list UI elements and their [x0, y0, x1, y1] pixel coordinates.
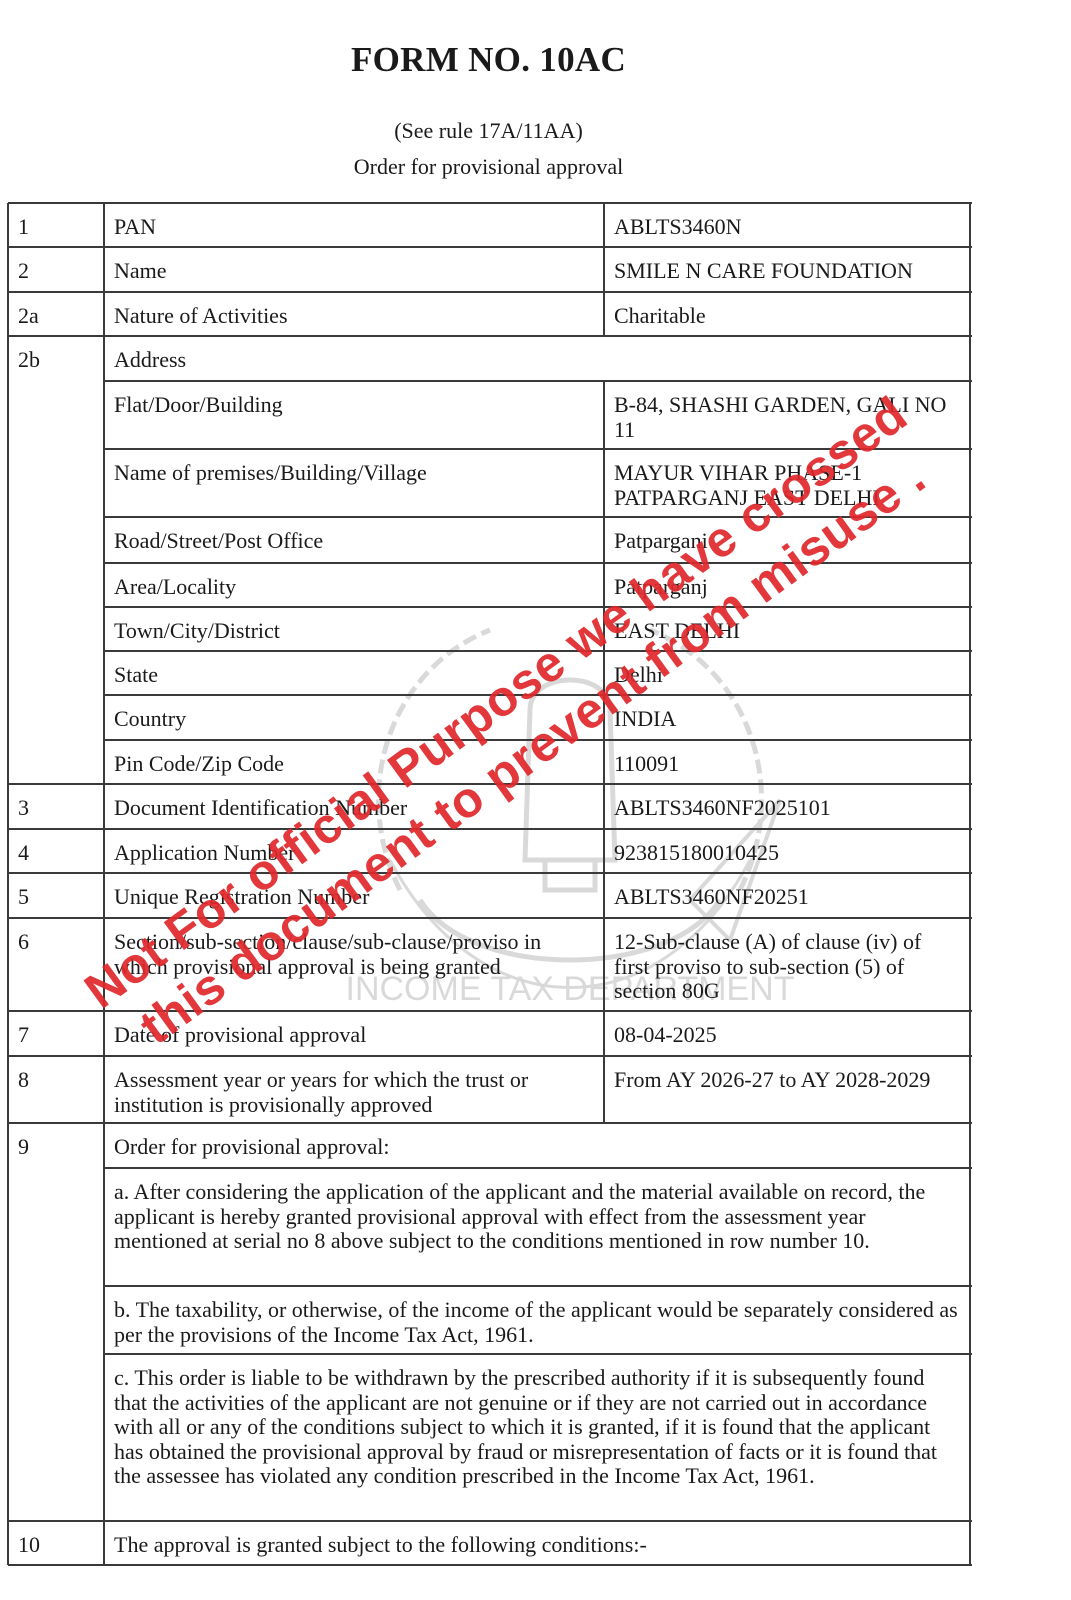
table-rule [8, 1010, 972, 1012]
table-rule [603, 203, 605, 336]
row-number: 1 [8, 203, 104, 240]
table-rule [104, 1285, 972, 1287]
form-title: FORM NO. 10AC [0, 40, 977, 80]
rule-reference: (See rule 17A/11AA) [0, 118, 977, 144]
table-rule [104, 650, 972, 652]
table-rule [104, 739, 972, 741]
table-rule [8, 246, 972, 248]
table-row: StateDelhi [8, 651, 970, 695]
table-rule [104, 448, 972, 450]
clause-text: b. The taxability, or otherwise, of the … [104, 1286, 970, 1347]
row-value: Charitable [604, 292, 970, 329]
row-label: Address [104, 336, 970, 373]
row-label: Nature of Activities [104, 292, 604, 329]
table-rule [104, 606, 972, 608]
table-rule [104, 1353, 972, 1355]
row-number: 5 [8, 873, 104, 910]
table-row: CountryINDIA [8, 695, 970, 740]
row-label: Road/Street/Post Office [104, 517, 604, 554]
table-row: Town/City/DistrictEAST DELHI [8, 607, 970, 651]
table-rule [8, 1564, 972, 1566]
row-value: From AY 2026-27 to AY 2028-2029 [604, 1056, 970, 1093]
table-rule [103, 203, 105, 1565]
row-value: 12-Sub-clause (A) of clause (iv) of firs… [604, 918, 970, 1004]
row-number: 2a [8, 292, 104, 329]
row-number: 6 [8, 918, 104, 955]
clause-text: c. This order is liable to be withdrawn … [104, 1354, 970, 1489]
row-number: 9 [8, 1123, 104, 1160]
row-value: 923815180010425 [604, 829, 970, 866]
row-value: ABLTS3460NF20251 [604, 873, 970, 910]
table-rule [104, 1167, 972, 1169]
table-rule [104, 380, 972, 382]
table-rule [8, 872, 972, 874]
row-label: Town/City/District [104, 607, 604, 644]
table-rule [603, 381, 605, 1123]
table-row: 3Document Identification NumberABLTS3460… [8, 784, 970, 829]
order-heading: Order for provisional approval: [104, 1123, 970, 1160]
row-number: 3 [8, 784, 104, 821]
row-value: 110091 [604, 740, 970, 777]
row-number: 4 [8, 829, 104, 866]
table-rule [8, 202, 972, 204]
row-number: 8 [8, 1056, 104, 1093]
table-rule [8, 1122, 972, 1124]
row-label: Document Identification Number [104, 784, 604, 821]
table-rule [8, 335, 972, 337]
row-number [8, 381, 104, 393]
row-value: Patpargani [604, 517, 970, 554]
row-value: B-84, SHASHI GARDEN, GALI NO 11 [604, 381, 970, 442]
row-value: ABLTS3460NF2025101 [604, 784, 970, 821]
row-label: Pin Code/Zip Code [104, 740, 604, 777]
row-value: EAST DELHI [604, 607, 970, 644]
row-number [8, 449, 104, 461]
row-number: 2b [8, 336, 104, 373]
table-rule [7, 203, 9, 1565]
table-row: 7Date of provisional approval08-04-2025 [8, 1011, 970, 1056]
row-value: INDIA [604, 695, 970, 732]
row-label: Unique Registration Number [104, 873, 604, 910]
row-label: PAN [104, 203, 604, 240]
order-clause: c. This order is liable to be withdrawn … [8, 1354, 970, 1521]
row-value: ABLTS3460N [604, 203, 970, 240]
row-number: 10 [8, 1521, 104, 1558]
row-label: Country [104, 695, 604, 732]
table-rule [969, 203, 971, 1565]
table-row: Area/LocalityPatparganj [8, 563, 970, 607]
table-row: 4Application Number923815180010425 [8, 829, 970, 873]
conditions-row: 10The approval is granted subject to the… [8, 1521, 970, 1565]
table-row: Pin Code/Zip Code110091 [8, 740, 970, 784]
table-row: 6Section/sub-section/clause/sub-clause/p… [8, 918, 970, 1011]
row-number: 2 [8, 247, 104, 284]
order-clause: a. After considering the application of … [8, 1168, 970, 1286]
row-label: State [104, 651, 604, 688]
table-rule [8, 1520, 972, 1522]
row-label: Name of premises/Building/Village [104, 449, 604, 486]
row-label: Name [104, 247, 604, 284]
table-row: 5Unique Registration NumberABLTS3460NF20… [8, 873, 970, 918]
row-number [8, 651, 104, 663]
table-rule [8, 1055, 972, 1057]
order-heading-row: 9Order for provisional approval: [8, 1123, 970, 1168]
table-row: 2aNature of ActivitiesCharitable [8, 292, 970, 336]
row-number [8, 740, 104, 752]
table-rule [8, 783, 972, 785]
row-number: 7 [8, 1011, 104, 1048]
table-rule [8, 917, 972, 919]
table-row: 8Assessment year or years for which the … [8, 1056, 970, 1123]
row-value: Patparganj [604, 563, 970, 600]
table-row: 2NameSMILE N CARE FOUNDATION [8, 247, 970, 292]
row-label: Date of provisional approval [104, 1011, 604, 1048]
row-number [8, 607, 104, 619]
row-value: Delhi [604, 651, 970, 688]
table-row: Road/Street/Post OfficePatpargani [8, 517, 970, 563]
table-row: 2bAddress [8, 336, 970, 381]
row-label: Assessment year or years for which the t… [104, 1056, 604, 1117]
row-label: Area/Locality [104, 563, 604, 600]
row-number [8, 517, 104, 529]
order-clause: b. The taxability, or otherwise, of the … [8, 1286, 970, 1354]
row-value: SMILE N CARE FOUNDATION [604, 247, 970, 284]
table-rule [104, 562, 972, 564]
row-value: MAYUR VIHAR PHASE-1 PATPARGANJ EAST DELH… [604, 449, 970, 510]
table-rule [104, 516, 972, 518]
conditions-text: The approval is granted subject to the f… [104, 1521, 970, 1558]
row-number [8, 695, 104, 707]
table-rule [8, 828, 972, 830]
row-number [8, 563, 104, 575]
table-row: Name of premises/Building/VillageMAYUR V… [8, 449, 970, 517]
row-value: 08-04-2025 [604, 1011, 970, 1048]
form-subtitle: Order for provisional approval [0, 154, 977, 180]
table-row: 1PANABLTS3460N [8, 203, 970, 247]
clause-text: a. After considering the application of … [104, 1168, 970, 1254]
row-label: Flat/Door/Building [104, 381, 604, 418]
row-label: Section/sub-section/clause/sub-clause/pr… [104, 918, 604, 979]
table-rule [104, 694, 972, 696]
table-row: Flat/Door/BuildingB-84, SHASHI GARDEN, G… [8, 381, 970, 449]
row-label: Application Number [104, 829, 604, 866]
table-rule [8, 291, 972, 293]
